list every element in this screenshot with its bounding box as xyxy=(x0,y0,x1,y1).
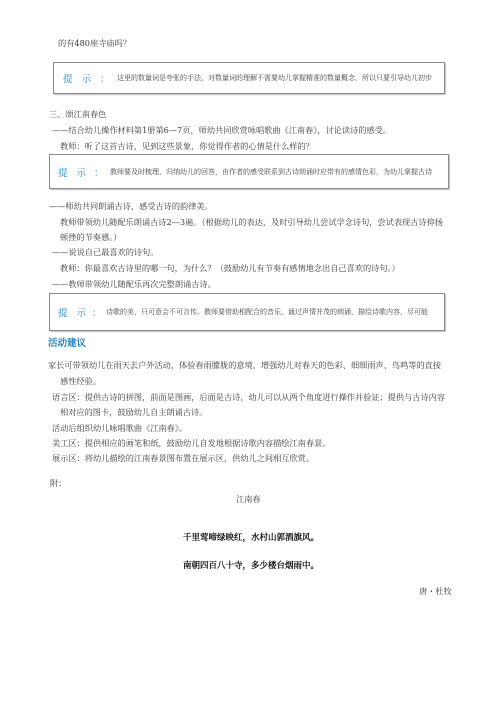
tip-text: 教师要及时梳理、归纳幼儿的回答，由作者的感受联系到古诗朗诵时应带有的感情色彩，为… xyxy=(110,167,432,177)
poem-title: 江南春 xyxy=(236,494,261,505)
poem-line-2: 南朝四百八十寺，多少楼台烟雨中。 xyxy=(183,559,319,571)
text-line: 展示区：将幼儿描绘的江南春景图布置在展示区，供幼儿之间相互欣赏。 xyxy=(52,453,314,464)
section-title: 三、颂江南春色 xyxy=(49,109,106,120)
tip-label: 提 示 xyxy=(58,305,89,319)
text-line: ——结合幼儿操作材料第1册第6—7页，师幼共同欣赏咏唱歌曲《江南春》，讨论读诗的… xyxy=(52,125,391,136)
activity-heading: 活动建议 xyxy=(48,335,86,349)
text-line-top: 的有480座寺庙吗？ xyxy=(58,38,131,49)
text-line: 美工区：提供相应的画笔和纸，鼓励幼儿自发地根据诗歌内容描绘江南春景。 xyxy=(52,438,330,449)
text-line: 活动后组织幼儿咏唱歌曲《江南春》。 xyxy=(52,423,187,434)
text-line: ——教师带领幼儿随配乐再次完整朗诵古诗。 xyxy=(52,279,216,290)
text-line: 语言区：提供古诗的拼图，前面是图画，后面是古诗，幼儿可以从两个角度进行操作并验证… xyxy=(52,392,445,403)
tip-colon: ： xyxy=(100,71,113,85)
appendix-label: 附： xyxy=(50,478,66,489)
tip-box-3: 提 示 ： 诗歌的美，只可意会不可言传。教师要借助相配合的音乐，通过声情并茂的朗… xyxy=(49,293,445,331)
text-line: 家长可带领幼儿在雨天去户外活动，体验春雨朦胧的意境，增强幼儿对春天的色彩、细细雨… xyxy=(48,360,441,371)
tip-label: 提 示 xyxy=(63,71,94,85)
tip-colon: ： xyxy=(92,305,105,319)
tip-label: 提 示 xyxy=(58,165,89,179)
text-line: ——说说自己最喜欢的诗句。 xyxy=(52,247,158,258)
text-line: 相对应的图卡，鼓励幼儿自主朗诵古诗。 xyxy=(60,407,207,418)
poem-author: 唐・杜牧 xyxy=(419,586,452,597)
tip-text: 这里的数量词是夸张的手法，对数量词的理解不需要幼儿掌握精准的数量概念，所以只要引… xyxy=(117,73,432,83)
text-line: 教师：听了这首古诗，见到这些景象，你觉得作者的心情是什么样的？ xyxy=(60,141,314,152)
poem-line-1: 千里莺啼绿映红，水村山郭酒旗风。 xyxy=(183,531,319,543)
text-line: 教师：你最喜欢古诗里的哪一句，为什么？（鼓励幼儿有节奏有感情地念出自己喜欢的诗句… xyxy=(60,263,400,274)
text-line: ——师幼共同朗诵古诗，感受古诗的韵律美。 xyxy=(49,201,213,212)
text-line: 顿挫的节奏感。） xyxy=(60,232,121,243)
tip-box-1: 提 示 ： 这里的数量词是夸张的手法，对数量词的理解不需要幼儿掌握精准的数量概念… xyxy=(53,62,445,94)
text-line: 教师带领幼儿随配乐朗诵古诗2—3遍。（根据幼儿的表达，及时引导幼儿尝试学念诗句，… xyxy=(60,217,443,228)
text-line: 感性经验。 xyxy=(60,376,101,387)
tip-box-2: 提 示 ： 教师要及时梳理、归纳幼儿的回答，由作者的感受联系到古诗朗诵时应带有的… xyxy=(49,154,449,189)
tip-text: 诗歌的美，只可意会不可言传。教师要借助相配合的音乐，通过声情并茂的朗诵，描绘诗歌… xyxy=(106,307,428,317)
tip-colon: ： xyxy=(94,165,107,179)
